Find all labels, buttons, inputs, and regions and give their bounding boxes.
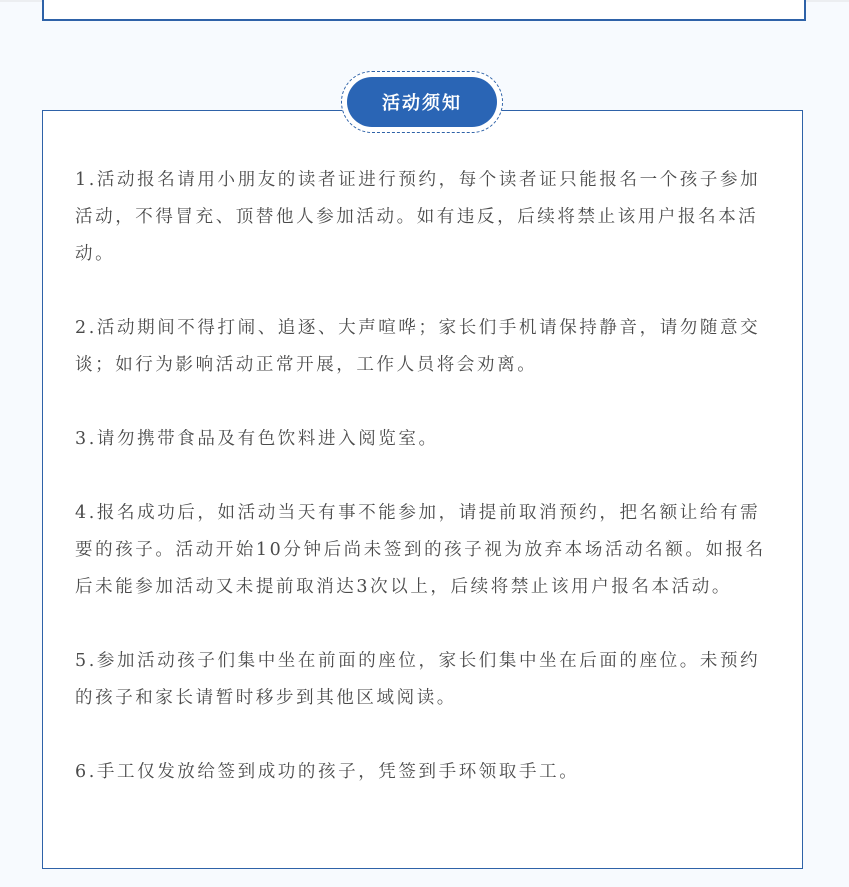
notice-item: 2.活动期间不得打闹、追逐、大声喧哗；家长们手机请保持静音，请勿随意交谈；如行为…	[75, 310, 775, 384]
previous-section-card	[42, 0, 806, 21]
section-title-badge: 活动须知	[341, 71, 503, 133]
notice-item: 1.活动报名请用小朋友的读者证进行预约，每个读者证只能报名一个孩子参加活动，不得…	[75, 162, 775, 273]
section-title: 活动须知	[347, 77, 497, 127]
notice-item: 4.报名成功后，如活动当天有事不能参加，请提前取消预约，把名额让给有需要的孩子。…	[75, 495, 775, 606]
notice-item: 3.请勿携带食品及有色饮料进入阅览室。	[75, 421, 775, 458]
notice-item: 6.手工仅发放给签到成功的孩子，凭签到手环领取手工。	[75, 754, 775, 791]
notice-item: 5.参加活动孩子们集中坐在前面的座位，家长们集中坐在后面的座位。未预约的孩子和家…	[75, 643, 775, 717]
notice-list: 1.活动报名请用小朋友的读者证进行预约，每个读者证只能报名一个孩子参加活动，不得…	[75, 162, 775, 828]
